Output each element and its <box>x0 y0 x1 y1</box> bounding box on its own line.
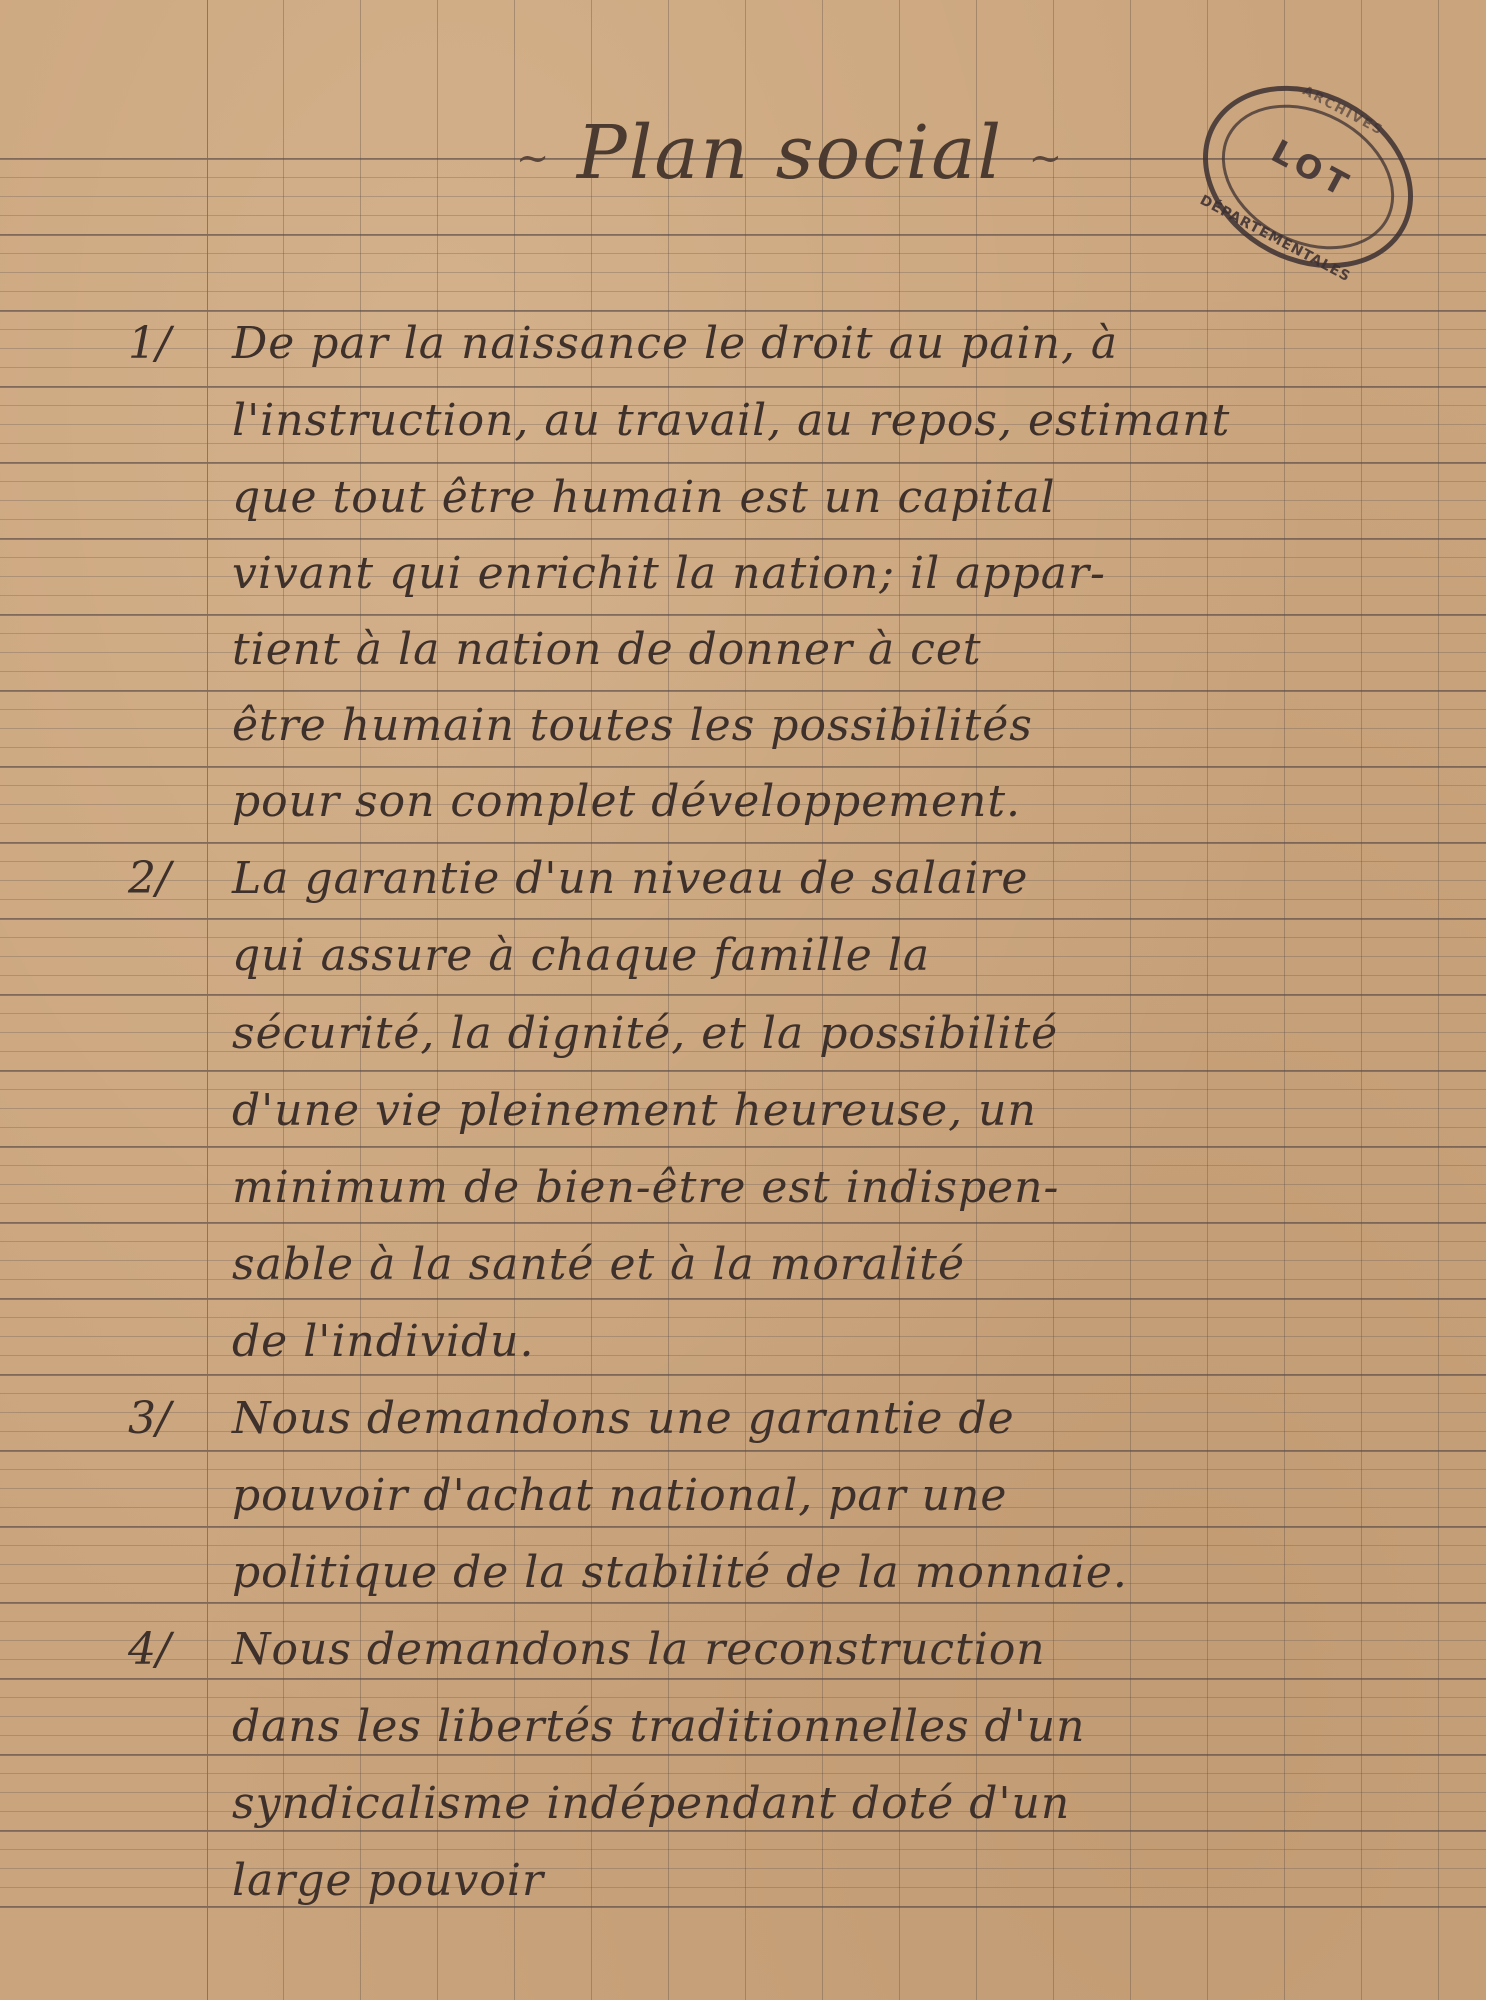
text-line: vivant qui enrichit la nation; il appar- <box>232 548 1106 599</box>
page-title: ~ Plan social ~ <box>390 110 1190 196</box>
text-line: pouvoir d'achat national, par une <box>232 1470 1007 1521</box>
text-line: De par la naissance le droit au pain, à <box>232 318 1118 369</box>
item-number: 3/ <box>128 1393 171 1444</box>
text-line: La garantie d'un niveau de salaire <box>232 853 1028 904</box>
text-line: d'une vie pleinement heureuse, un <box>232 1085 1037 1136</box>
title-flourish-right: ~ <box>1029 136 1065 182</box>
text-line: minimum de bien-être est indispen- <box>232 1162 1059 1213</box>
scanned-page: ~ Plan social ~ ARCHIVES LOT DÉPARTEMENT… <box>0 0 1486 2000</box>
text-line: politique de la stabilité de la monnaie. <box>232 1547 1128 1598</box>
text-line: pour son complet développement. <box>232 776 1021 827</box>
text-line: sécurité, la dignité, et la possibilité <box>232 1008 1058 1059</box>
title-flourish-left: ~ <box>516 136 552 182</box>
text-line: être humain toutes les possibilités <box>232 700 1033 751</box>
text-line: dans les libertés traditionnelles d'un <box>232 1701 1085 1752</box>
text-line: Nous demandons une garantie de <box>232 1393 1015 1444</box>
text-line: Nous demandons la reconstruction <box>232 1624 1046 1675</box>
text-line: de l'individu. <box>232 1316 534 1367</box>
text-line: tient à la nation de donner à cet <box>232 624 982 675</box>
text-line: syndicalisme indépendant doté d'un <box>232 1778 1070 1829</box>
text-line: sable à la santé et à la moralité <box>232 1239 965 1290</box>
title-text: Plan social <box>577 110 1003 196</box>
vertical-ruling <box>283 0 1486 2000</box>
text-line: qui assure à chaque famille la <box>232 930 930 981</box>
text-line: l'instruction, au travail, au repos, est… <box>232 395 1230 446</box>
text-line: large pouvoir <box>232 1855 544 1906</box>
item-number: 2/ <box>128 853 171 904</box>
item-number: 4/ <box>128 1624 171 1675</box>
red-margin-line <box>207 0 208 2000</box>
item-number: 1/ <box>128 318 171 369</box>
text-line: que tout être humain est un capital <box>232 472 1056 523</box>
